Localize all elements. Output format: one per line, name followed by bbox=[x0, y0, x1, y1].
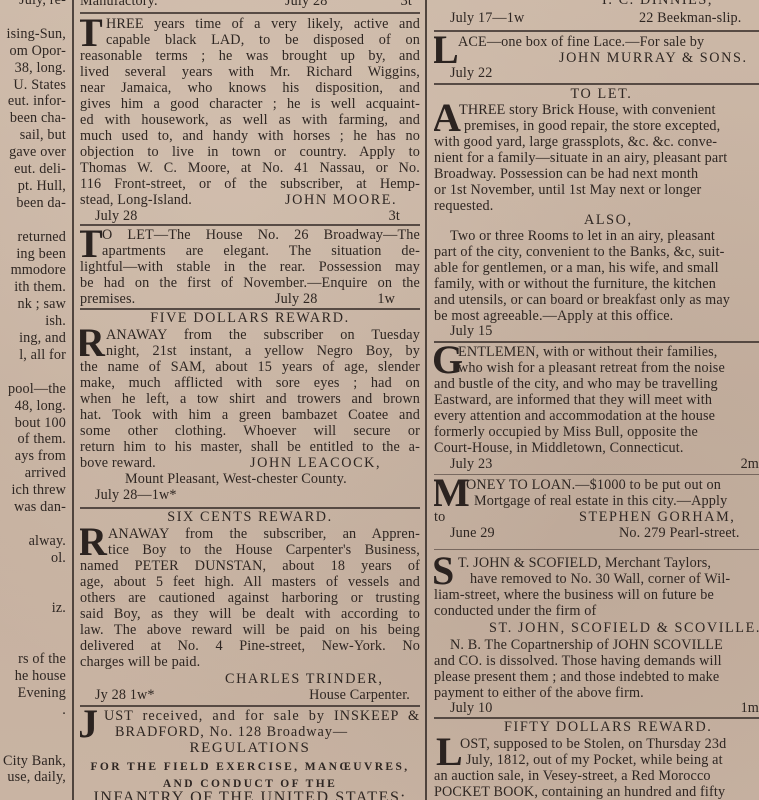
ad-date: July 15 bbox=[450, 323, 759, 339]
ad-line: return him to his master, shall be entit… bbox=[80, 439, 420, 455]
ad-line: Mortgage of real estate in this city.—Ap… bbox=[474, 493, 759, 509]
ad-divider bbox=[434, 474, 759, 475]
ad-signature: JOHN MURRAY & SONS. bbox=[559, 50, 759, 66]
left-column-line: l, all for bbox=[0, 347, 66, 363]
ad-location: Mount Pleasant, West-chester County. bbox=[125, 471, 420, 487]
ad-line: family, with or without the furniture, t… bbox=[434, 276, 759, 292]
left-column-line bbox=[0, 516, 66, 532]
left-column-line: ish. bbox=[0, 313, 66, 329]
left-column-line: been cha- bbox=[0, 110, 66, 126]
left-column-line: eut. infor- bbox=[0, 93, 66, 109]
ad-line: make, much afflicted with sore eyes ; ha… bbox=[80, 375, 420, 391]
ad-signature: CHARLES TRINDER, bbox=[225, 671, 420, 687]
left-column-line: ith them. bbox=[0, 279, 66, 295]
ad-firm-name: ST. JOHN, SCOFIELD & SCOVILLE. bbox=[489, 620, 759, 636]
ad-heading: FIFTY DOLLARS REWARD. bbox=[504, 719, 759, 735]
left-column-line: nk ; saw bbox=[0, 296, 66, 312]
ad-line: some other clothing. Whoever will secure… bbox=[80, 423, 420, 439]
ad-line: HREE years time of a very likely, active… bbox=[106, 16, 420, 32]
ad-line: premises, in good repair, the store exce… bbox=[464, 118, 759, 134]
left-column-line: he house bbox=[0, 668, 66, 684]
ad-address: 22 Beekman-slip. bbox=[639, 10, 741, 26]
left-column-line: Evening bbox=[0, 685, 66, 701]
dropcap: M bbox=[434, 476, 470, 510]
ad-line: near Jamaica, who knows his disposition,… bbox=[80, 80, 420, 96]
ad-line: July, 1812, out of my Pocket, while bein… bbox=[466, 752, 759, 768]
ad-line: ed with housework, as well as with farmi… bbox=[80, 112, 420, 128]
left-column-line: use, daily, bbox=[0, 769, 66, 785]
ad-heading: SIX CENTS REWARD. bbox=[80, 509, 420, 525]
ad-line: UST received, and for sale by INSKEEP & bbox=[104, 708, 420, 724]
left-column-line: pt. Hull, bbox=[0, 178, 66, 194]
ad-code: 2m bbox=[741, 456, 759, 472]
dropcap: T bbox=[80, 227, 103, 261]
ad-code: 1m bbox=[741, 700, 759, 716]
ad-line: THREE story Brick House, with convenient bbox=[459, 102, 759, 118]
ad-code: 1w bbox=[377, 291, 395, 307]
dropcap: S bbox=[434, 554, 454, 588]
ad-divider bbox=[434, 30, 759, 32]
ad-line: T. JOHN & SCOFIELD, Merchant Taylors, bbox=[458, 555, 759, 571]
ad-heading: FIVE DOLLARS REWARD. bbox=[80, 310, 420, 326]
ad-line: others are cautioned against harboring o… bbox=[80, 590, 420, 606]
ad-line: bove reward. bbox=[80, 455, 156, 471]
ad-line: law. The above reward will be paid on hi… bbox=[80, 622, 420, 638]
left-column-line: bout 100 bbox=[0, 415, 66, 431]
left-column-line: returned bbox=[0, 229, 66, 245]
ad-line: 116 Front-street, or of the subscriber, … bbox=[80, 176, 420, 192]
left-column-line: was dan- bbox=[0, 499, 66, 515]
ad-line: POCKET BOOK, containing an hundred and f… bbox=[434, 784, 759, 800]
left-column-line: rs of the bbox=[0, 651, 66, 667]
ad-line: be most agreeable.—Apply at this office. bbox=[434, 308, 759, 324]
left-column-line: eut. deli- bbox=[0, 161, 66, 177]
left-column-line: of them. bbox=[0, 431, 66, 447]
ad-line: with good yard, large grassplots, &c. &c… bbox=[434, 134, 759, 150]
left-column-line: U. States bbox=[0, 77, 66, 93]
left-column-line bbox=[0, 617, 66, 633]
left-column-line: July, re- bbox=[0, 0, 66, 8]
left-column-line bbox=[0, 9, 66, 25]
ad-line: and CO. is dissolved. Those having deman… bbox=[434, 653, 759, 669]
left-column-line bbox=[0, 364, 66, 380]
ad-line: part of the city, convenient to the Bank… bbox=[434, 244, 759, 260]
ad-line: Broadway. Possession can be had next mon… bbox=[434, 166, 759, 182]
ad-line: night, 21st instant, a yellow Negro Boy,… bbox=[106, 343, 420, 359]
left-column-line: . bbox=[0, 702, 66, 718]
dropcap: J bbox=[80, 707, 98, 741]
ad-line: payment to either of the above firm. bbox=[434, 685, 759, 701]
ad-date: June 29 bbox=[450, 525, 495, 541]
left-column-line bbox=[0, 719, 66, 735]
ad-line: to bbox=[434, 509, 445, 525]
ad-divider bbox=[434, 83, 759, 85]
dropcap: L bbox=[434, 33, 459, 67]
left-column-line: arrived bbox=[0, 465, 66, 481]
ad-signature-title: House Carpenter. bbox=[309, 687, 410, 703]
ad-line: ANAWAY from the subscriber, an Appren- bbox=[108, 526, 420, 542]
ad-code: 3t bbox=[401, 0, 412, 9]
left-column-line bbox=[0, 584, 66, 600]
ad-line: charges will be paid. bbox=[80, 654, 420, 670]
left-column-line bbox=[0, 736, 66, 752]
left-column-line: City Bank, bbox=[0, 753, 66, 769]
ad-line: the name of SAM, about 15 years of age, … bbox=[80, 359, 420, 375]
ad-date: July 28 bbox=[275, 291, 317, 307]
middle-column: Manufactory. July 28 3t T HREE years tim… bbox=[80, 0, 420, 800]
ad-line: Thomas W. C. Moore, at No. 41 Nassau, or… bbox=[80, 160, 420, 176]
ad-date: July 17—1w bbox=[450, 10, 524, 26]
ad-line: objection to live in town or country. Ap… bbox=[80, 144, 420, 160]
ad-signature: STEPHEN GORHAM, bbox=[579, 509, 735, 525]
ad-line: lived several years with Mr. Richard Wig… bbox=[80, 64, 420, 80]
left-column-line: ich threw bbox=[0, 482, 66, 498]
ad-date: Jy 28 1w* bbox=[95, 687, 155, 703]
ad-line: have removed to No. 30 Wall, corner of W… bbox=[470, 571, 759, 587]
left-column-line: 48, long. bbox=[0, 398, 66, 414]
ad-line: tice Boy to the House Carpenter's Busine… bbox=[108, 542, 420, 558]
ad-line: gives him a good character ; he is well … bbox=[80, 96, 420, 112]
left-column-line: 38, long. bbox=[0, 60, 66, 76]
ad-line: an auction sale, in Vesey-street, a Red … bbox=[434, 768, 759, 784]
ad-line: ONEY TO LOAN.—$1000 to be put out on bbox=[466, 477, 759, 493]
ad-line: N. B. The Copartnership of JOHN SCOVILLE bbox=[450, 637, 759, 653]
ad-line: premises. bbox=[80, 291, 135, 307]
fragment-text: Manufactory. bbox=[80, 0, 158, 9]
ad-line: reasonable terms ; he was brought up by,… bbox=[80, 48, 420, 64]
ad-line: please present them ; and those indebted… bbox=[434, 669, 759, 685]
ad-line: and utensils, or can board or breakfast … bbox=[434, 292, 759, 308]
left-column-line: ing, and bbox=[0, 330, 66, 346]
ad-line: OST, supposed to be Stolen, on Thursday … bbox=[460, 736, 759, 752]
left-column-line: ol. bbox=[0, 550, 66, 566]
ad-line: apartments are elegant. The situation de… bbox=[102, 243, 420, 259]
ad-code: 3t bbox=[389, 208, 400, 224]
left-column-line: ing been bbox=[0, 246, 66, 262]
left-column-line bbox=[0, 567, 66, 583]
column-rule-left bbox=[72, 0, 74, 800]
left-column-line: sail, but bbox=[0, 127, 66, 143]
ad-line: able for gentlemen, or a man, his wife, … bbox=[434, 260, 759, 276]
ad-line: every attention and accommodation at the… bbox=[434, 408, 759, 424]
right-column: I. C. DINNIES, July 17—1w 22 Beekman-sli… bbox=[434, 0, 759, 800]
ad-line: ACE—one box of fine Lace.—For sale by bbox=[458, 34, 759, 50]
ad-line: O LET—The House No. 26 Broadway—The bbox=[102, 227, 420, 243]
ad-date: July 28—1w* bbox=[95, 487, 420, 503]
ad-signature: JOHN MOORE. bbox=[285, 192, 397, 208]
ad-date: July 22 bbox=[450, 65, 759, 81]
left-column-line: ising-Sun, bbox=[0, 26, 66, 42]
book-title: FOR THE FIELD EXERCISE, MANŒUVRES, bbox=[80, 759, 420, 775]
left-column-line: pool—the bbox=[0, 381, 66, 397]
ad-address: No. 279 Pearl-street. bbox=[619, 525, 740, 541]
ad-line: delivered at No. 4 Pine-street, New-York… bbox=[80, 638, 420, 654]
ad-date: July 10 bbox=[450, 700, 492, 716]
left-column-line: ays from bbox=[0, 448, 66, 464]
left-column-line: om Opor- bbox=[0, 43, 66, 59]
ad-date: July 28 bbox=[285, 0, 327, 9]
ad-line: stead, Long-Island. bbox=[80, 192, 192, 208]
ad-line: nient for a family—situate in an airy, p… bbox=[434, 150, 759, 166]
left-column-line: iz. bbox=[0, 600, 66, 616]
ad-divider bbox=[80, 705, 420, 707]
ad-subheading: ALSO, bbox=[584, 212, 759, 228]
book-title: INFANTRY OF THE UNITED STATES: bbox=[80, 790, 420, 800]
left-column-line: gave over bbox=[0, 144, 66, 160]
ad-line: Two or three Rooms to let in an airy, pl… bbox=[450, 228, 759, 244]
ad-line: be had on the first of November.—Enquire… bbox=[80, 275, 420, 291]
ad-line: ENTLEMEN, with or without their families… bbox=[458, 344, 759, 360]
ad-line: lightful—with stable in the rear. Posses… bbox=[80, 259, 420, 275]
ad-line: ANAWAY from the subscriber on Tuesday bbox=[106, 327, 420, 343]
ad-line: said Boy, as they will be dealt with acc… bbox=[80, 606, 420, 622]
ad-divider bbox=[80, 12, 420, 14]
ad-line: much used to, and handy with horses ; he… bbox=[80, 128, 420, 144]
left-column-line bbox=[0, 634, 66, 650]
top-fragment: Manufactory. July 28 3t bbox=[80, 0, 420, 9]
column-rule-right bbox=[425, 0, 427, 800]
left-column-line: been da- bbox=[0, 195, 66, 211]
left-column-line: mmodore bbox=[0, 262, 66, 278]
dropcap: A bbox=[434, 101, 461, 135]
ad-heading: TO LET. bbox=[434, 86, 759, 102]
ad-divider bbox=[434, 341, 759, 343]
dropcap: T bbox=[80, 16, 103, 50]
left-column: July, re-ising-Sun,om Opor-38, long.U. S… bbox=[0, 0, 66, 800]
ad-line: who wish for a pleasant retreat from the… bbox=[458, 360, 759, 376]
ad-line: liam-street, where the business will on … bbox=[434, 587, 759, 603]
ad-line: Court-House, in Middletown, Connecticut. bbox=[434, 440, 759, 456]
fragment-signature: I. C. DINNIES, bbox=[602, 0, 759, 8]
ad-line: hat. Took with him a green bambazet Coat… bbox=[80, 407, 420, 423]
dropcap: R bbox=[80, 326, 105, 360]
ad-line: and bustle of the city, and who may be t… bbox=[434, 376, 759, 392]
ad-line: when he left, a tow shirt and trowers an… bbox=[80, 391, 420, 407]
dropcap: R bbox=[80, 525, 107, 559]
ad-divider bbox=[434, 549, 759, 550]
left-column-line: alway. bbox=[0, 533, 66, 549]
ad-signature: JOHN LEACOCK, bbox=[250, 455, 381, 471]
book-title: REGULATIONS bbox=[80, 740, 420, 756]
ad-divider bbox=[80, 224, 420, 226]
ad-line: capable black LAD, to be disposed of on bbox=[106, 32, 420, 48]
ad-line: Eastward, are informed that they will me… bbox=[434, 392, 759, 408]
ad-line: age, about 5 feet high. All masters of v… bbox=[80, 574, 420, 590]
left-column-line bbox=[0, 212, 66, 228]
ad-line: named PETER DUNSTAN, about 18 years of bbox=[80, 558, 420, 574]
ad-line: conducted under the firm of bbox=[434, 603, 759, 619]
ad-line: formerly occupied by Miss Bull, opposite… bbox=[434, 424, 759, 440]
dropcap: L bbox=[436, 735, 463, 769]
ad-line: BRADFORD, No. 128 Broadway— bbox=[115, 724, 420, 740]
ad-line: or 1st November, until 1st May next or l… bbox=[434, 182, 759, 198]
